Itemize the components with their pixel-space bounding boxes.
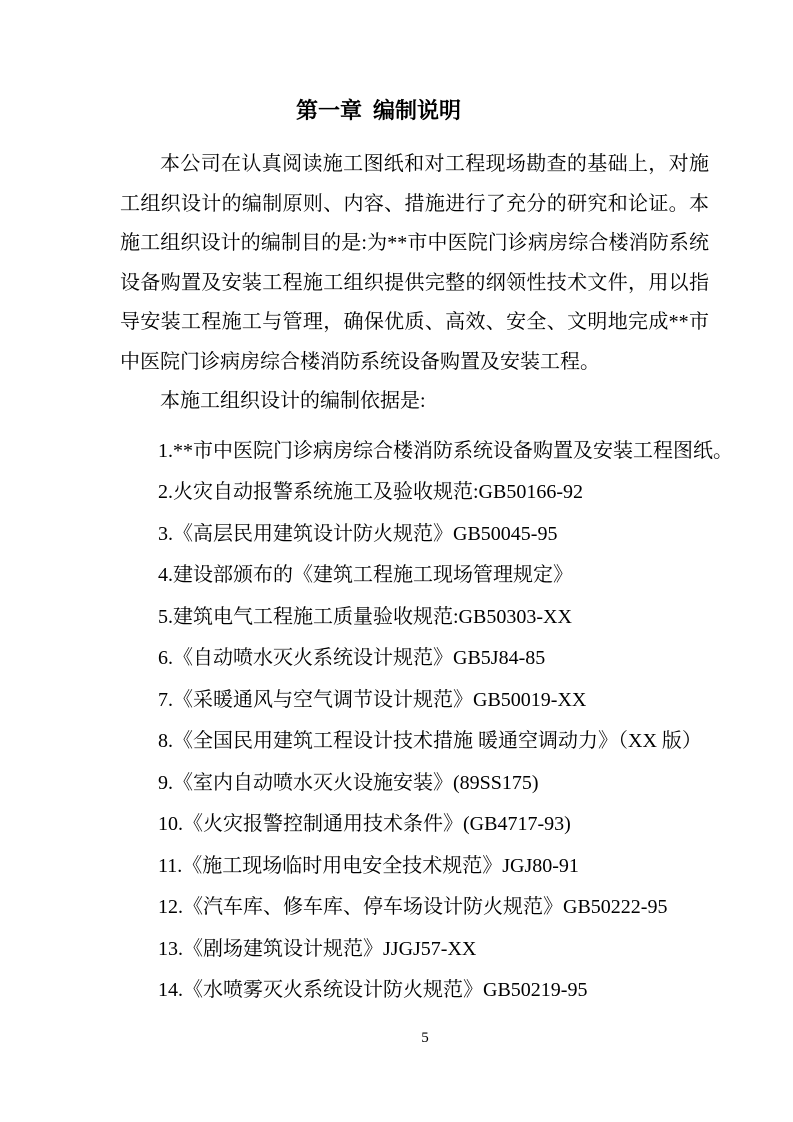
list-item: 7.《采暖通风与空气调节设计规范》GB50019-XX	[120, 680, 709, 722]
list-item: 11.《施工现场临时用电安全技术规范》JGJ80-91	[120, 846, 709, 888]
document-body: 第一章 编制说明 本公司在认真阅读施工图纸和对工程现场勘查的基础上，对施工组织设…	[120, 96, 709, 1012]
page-number: 5	[120, 1029, 730, 1047]
reference-list: 1.**市中医院门诊病房综合楼消防系统设备购置及安装工程图纸。2.火灾自动报警系…	[120, 431, 709, 1012]
list-item: 4.建设部颁布的《建筑工程施工现场管理规定》	[120, 555, 709, 597]
list-item: 1.**市中医院门诊病房综合楼消防系统设备购置及安装工程图纸。	[120, 431, 709, 473]
list-item: 3.《高层民用建筑设计防火规范》GB50045-95	[120, 514, 709, 556]
list-item: 12.《汽车库、修车库、停车场设计防火规范》GB50222-95	[120, 887, 709, 929]
list-item: 8.《全国民用建筑工程设计技术措施 暖通空调动力》（XX 版）	[120, 721, 709, 763]
intro-paragraph: 本公司在认真阅读施工图纸和对工程现场勘查的基础上，对施工组织设计的编制原则、内容…	[120, 145, 709, 382]
basis-lead-in-paragraph: 本施工组织设计的编制依据是:	[120, 382, 709, 422]
list-item: 13.《剧场建筑设计规范》JJGJ57-XX	[120, 929, 709, 971]
list-item: 14.《水喷雾灭火系统设计防火规范》GB50219-95	[120, 970, 709, 1012]
list-item: 6.《自动喷水灭火系统设计规范》GB5J84-85	[120, 638, 709, 680]
document-page: 第一章 编制说明 本公司在认真阅读施工图纸和对工程现场勘查的基础上，对施工组织设…	[0, 0, 793, 1122]
list-item: 2.火灾自动报警系统施工及验收规范:GB50166-92	[120, 472, 709, 514]
page-title: 第一章 编制说明	[120, 96, 637, 126]
list-item: 9.《室内自动喷水灭火设施安装》(89SS175)	[120, 763, 709, 805]
list-item: 10.《火灾报警控制通用技术条件》(GB4717-93)	[120, 804, 709, 846]
list-item: 5.建筑电气工程施工质量验收规范:GB50303-XX	[120, 597, 709, 639]
